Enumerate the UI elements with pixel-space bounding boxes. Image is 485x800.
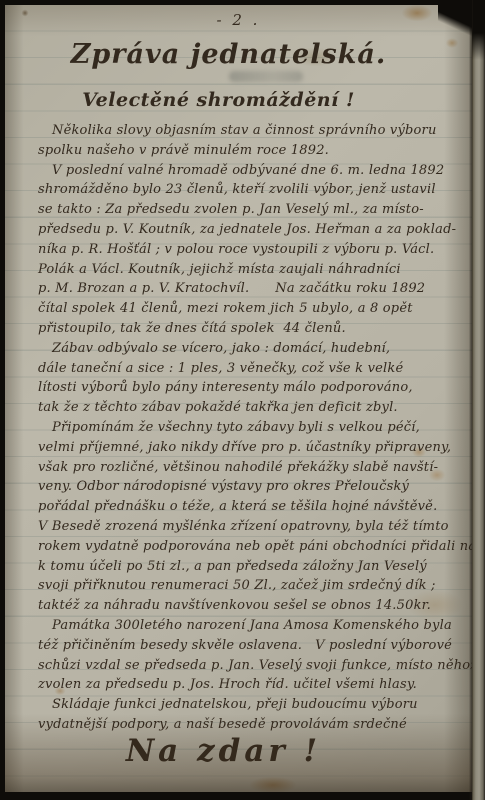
manuscript-line: Skládaje funkci jednatelskou, přeji budo…	[38, 695, 456, 715]
manuscript-line: Památka 300letého narození Jana Amosa Ko…	[38, 616, 456, 636]
manuscript-line: Polák a Václ. Koutník, jejichž místa zau…	[38, 260, 456, 280]
top-right-corner-shadow	[438, 0, 472, 64]
page-number: - 2 .	[5, 11, 472, 29]
manuscript-line: níka p. R. Hošťál ; v polou roce vystoup…	[38, 240, 456, 260]
manuscript-line: přistoupilo, tak že dnes čítá spolek 44 …	[38, 319, 456, 339]
closing-cheer: Na zdar !	[0, 733, 457, 769]
scanned-manuscript-photo: - 2 . Zpráva jednatelská. Velectěné shro…	[0, 0, 485, 800]
manuscript-line: taktéž za náhradu navštívenkovou sešel s…	[38, 596, 456, 616]
manuscript-line: spolku našeho v právě minulém roce 1892.	[38, 141, 456, 161]
binding-crease	[469, 0, 473, 800]
manuscript-line: však pro rozličné, většinou nahodilé pře…	[38, 458, 456, 478]
manuscript-line: Zábav odbývalo se vícero, jako : domácí,…	[38, 339, 456, 359]
manuscript-line: p. M. Brozan a p. V. Kratochvíl. Na začá…	[38, 279, 456, 299]
manuscript-line: dále taneční a sice : 1 ples, 3 věnečky,…	[38, 359, 456, 379]
manuscript-line: velmi příjemné, jako nikdy dříve pro p. …	[38, 438, 456, 458]
report-title: Zpráva jednatelská.	[0, 39, 462, 70]
manuscript-line: též přičiněním besedy skvěle oslavena. V…	[38, 636, 456, 656]
manuscript-line: V Besedě zrozená myšlénka zřízení opatro…	[38, 517, 456, 537]
book-page-edges	[472, 0, 485, 800]
manuscript-line: Připomínám že všechny tyto zábavy byli s…	[38, 418, 456, 438]
manuscript-line: V poslední valné hromadě odbývané dne 6.…	[38, 161, 456, 181]
book-page-edges-shadow	[472, 0, 485, 60]
salutation: Velectěné shromáždění !	[0, 89, 452, 111]
manuscript-line: svoji přiřknutou renumeraci 50 Zl., zače…	[38, 576, 456, 596]
manuscript-line: Několika slovy objasním stav a činnost s…	[38, 121, 456, 141]
manuscript-line: shromážděno bylo 23 členů, kteří zvolili…	[38, 180, 456, 200]
faint-pencil-smudge	[229, 71, 303, 82]
manuscript-page: - 2 . Zpráva jednatelská. Velectěné shro…	[5, 5, 472, 792]
manuscript-line: veny. Odbor národopisné výstavy pro okre…	[38, 477, 456, 497]
manuscript-line: rokem vydatně podporována neb opět páni …	[38, 537, 456, 557]
manuscript-line: k tomu účeli po 5ti zl., a pan předseda …	[38, 557, 456, 577]
manuscript-line: schůzi vzdal se předseda p. Jan. Veselý …	[38, 656, 456, 676]
manuscript-line: pořádal přednášku o téže, a která se těš…	[38, 497, 456, 517]
manuscript-line: lítosti výborů bylo pány interesenty mál…	[38, 378, 456, 398]
manuscript-line: zvolen za předsedu p. Jos. Hroch říd. uč…	[38, 675, 456, 695]
report-body: Několika slovy objasním stav a činnost s…	[38, 121, 456, 735]
manuscript-line: se takto : Za předsedu zvolen p. Jan Ves…	[38, 200, 456, 220]
manuscript-line: vydatnější podpory, a naší besedě provol…	[38, 715, 456, 735]
manuscript-line: čítal spolek 41 členů, mezi rokem jich 5…	[38, 299, 456, 319]
manuscript-line: tak že z těchto zábav pokaždé takřka jen…	[38, 398, 456, 418]
manuscript-line: předsedu p. V. Koutník, za jednatele Jos…	[38, 220, 456, 240]
